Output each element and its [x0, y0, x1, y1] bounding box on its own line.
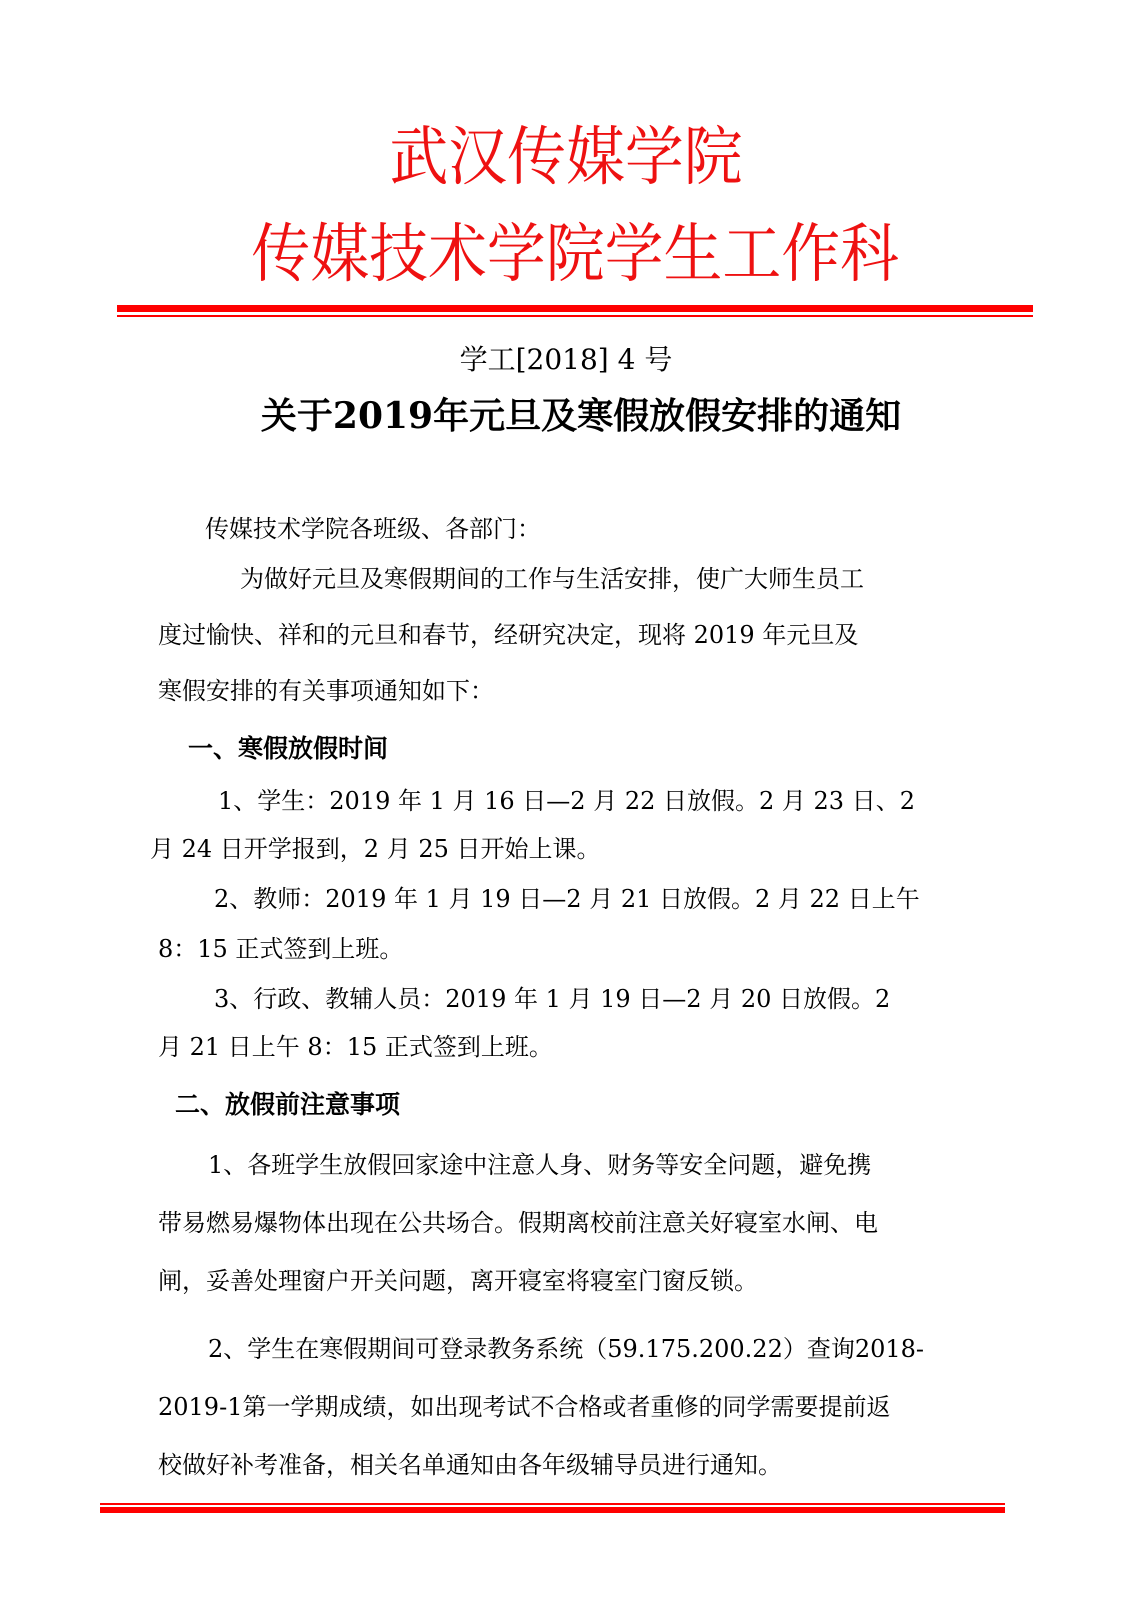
section1-item3-line1: 3、行政、教辅人员：2019 年 1 月 19 日—2 月 20 日放假。2: [214, 982, 890, 1016]
section2-item1-line3: 闸，妥善处理窗户开关问题，离开寝室将寝室门窗反锁。: [158, 1264, 758, 1298]
section2-item2-line3: 校做好补考准备，相关名单通知由各年级辅导员进行通知。: [158, 1448, 782, 1482]
document-title: 关于2019年元旦及寒假放假安排的通知: [0, 388, 1132, 444]
section-heading-1: 一、寒假放假时间: [188, 732, 388, 766]
section-heading-2: 二、放假前注意事项: [175, 1088, 400, 1122]
section2-item2-line1: 2、学生在寒假期间可登录教务系统（59.175.200.22）查询2018-: [208, 1332, 924, 1366]
footer-rule-thick: [100, 1507, 1005, 1513]
org-name-line1: 武汉传媒学院: [45, 118, 1086, 198]
intro-line-2: 度过愉快、祥和的元旦和春节，经研究决定，现将 2019 年元旦及: [158, 618, 858, 652]
footer-rule-thin: [100, 1503, 1005, 1505]
intro-line-3: 寒假安排的有关事项通知如下：: [158, 674, 494, 708]
document-number: 学工[2018] 4 号: [0, 340, 1132, 380]
section1-item2-line1: 2、教师：2019 年 1 月 19 日—2 月 21 日放假。2 月 22 日…: [214, 882, 920, 916]
header-rule-thin: [117, 315, 1033, 317]
section2-item2-line2: 2019-1第一学期成绩，如出现考试不合格或者重修的同学需要提前返: [158, 1390, 890, 1424]
section2-item1-line1: 1、各班学生放假回家途中注意人身、财务等安全问题，避免携: [208, 1148, 871, 1182]
org-name-line2: 传媒技术学院学生工作科: [45, 215, 1086, 295]
section1-item1-line1: 1、学生：2019 年 1 月 16 日—2 月 22 日放假。2 月 23 日…: [218, 784, 915, 818]
salutation: 传媒技术学院各班级、各部门：: [205, 512, 541, 546]
section2-item1-line2: 带易燃易爆物体出现在公共场合。假期离校前注意关好寝室水闸、电: [158, 1206, 878, 1240]
section1-item1-line2: 月 24 日开学报到，2 月 25 日开始上课。: [150, 832, 601, 866]
section1-item2-line2: 8：15 正式签到上班。: [158, 932, 403, 966]
intro-line-1: 为做好元旦及寒假期间的工作与生活安排，使广大师生员工: [240, 562, 864, 596]
header-rule-thick: [117, 305, 1033, 312]
section1-item3-line2: 月 21 日上午 8：15 正式签到上班。: [158, 1030, 553, 1064]
